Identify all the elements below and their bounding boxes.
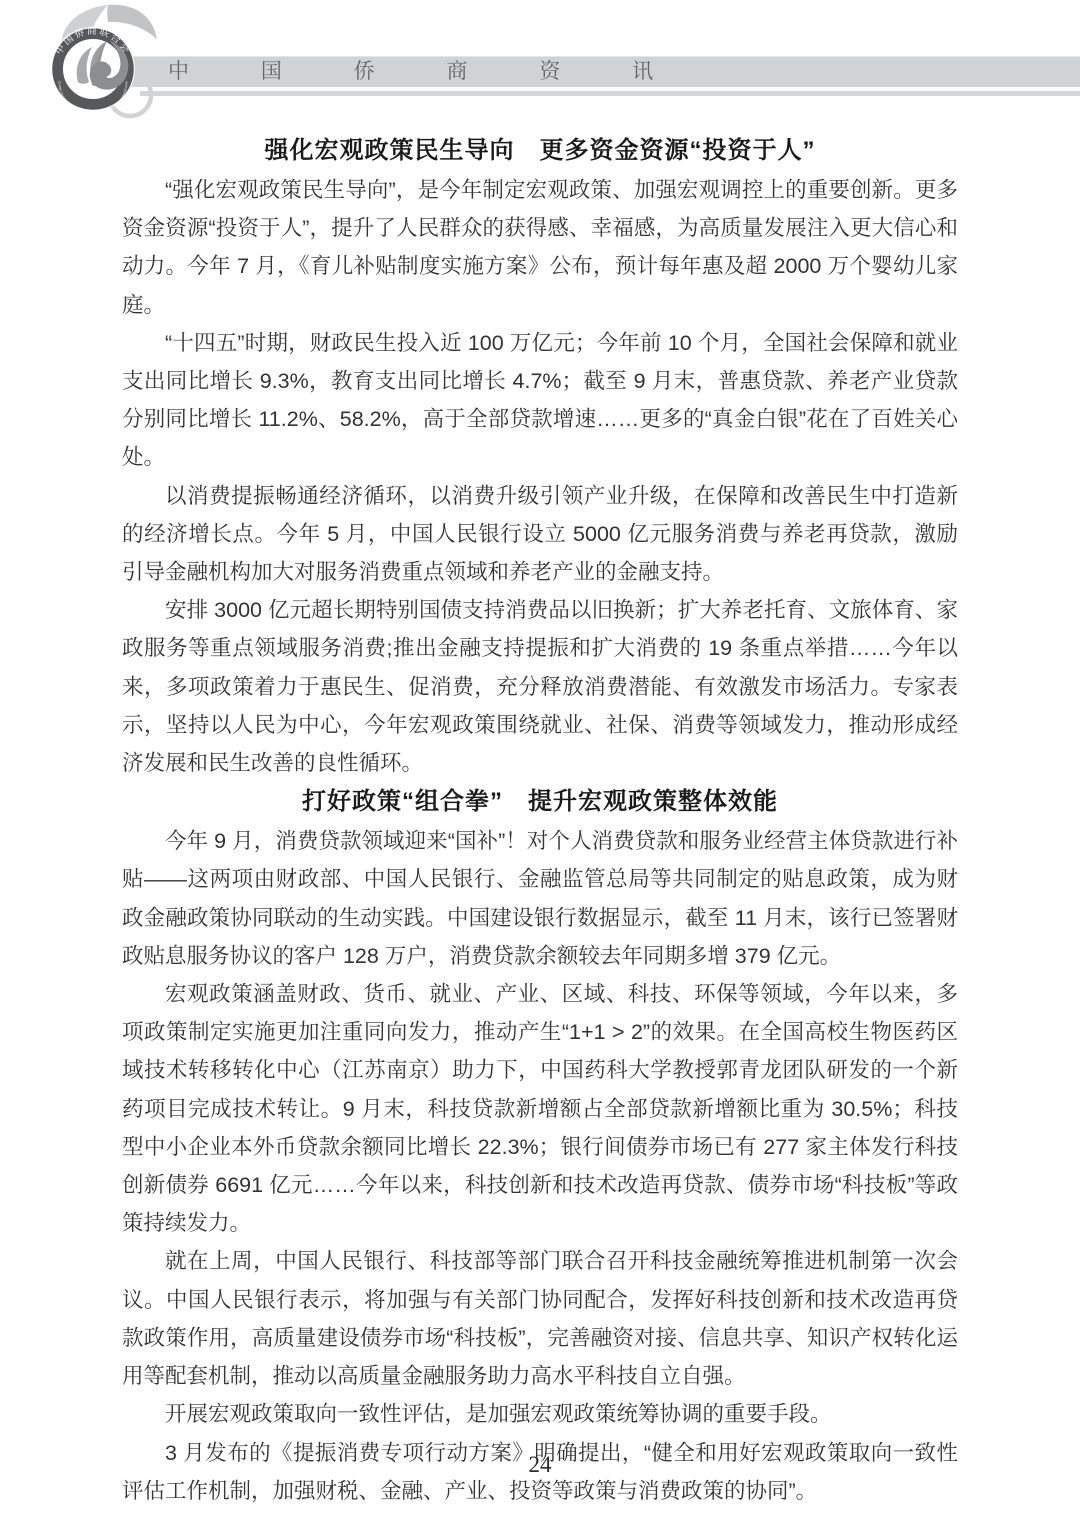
paragraph: 宏观政策涵盖财政、货币、就业、产业、区域、科技、环保等领域，今年以来，多项政策制… bbox=[122, 975, 958, 1242]
federation-logo-icon: 中国侨商联合会 CHINA FEDERATION OF OVERSEAS CHI… bbox=[38, 3, 168, 138]
paragraph: 安排 3000 亿元超长期特别国债支持消费品以旧换新；扩大养老托育、文旅体育、家… bbox=[122, 591, 958, 782]
section-heading: 强化宏观政策民生导向 更多资金资源“投资于人” bbox=[122, 131, 958, 171]
publication-title: 中 国 侨 商 资 讯 bbox=[168, 56, 686, 87]
paragraph: “十四五”时期，财政民生投入近 100 万亿元；今年前 10 个月，全国社会保障… bbox=[122, 324, 958, 477]
paragraph: 今年 9 月，消费贷款领域迎来“国补”！对个人消费贷款和服务业经营主体贷款进行补… bbox=[122, 822, 958, 975]
paragraph: 以消费提振畅通经济循环，以消费升级引领产业升级，在保障和改善民生中打造新的经济增… bbox=[122, 477, 958, 592]
header-banner-subline bbox=[140, 91, 1080, 96]
paragraph: 就在上周，中国人民银行、科技部等部门联合召开科技金融统筹推进机制第一次会议。中国… bbox=[122, 1242, 958, 1395]
section-heading: 打好政策“组合拳” 提升宏观政策整体效能 bbox=[122, 782, 958, 822]
document-page: 中 国 侨 商 资 讯 中国侨商联合会 bbox=[0, 0, 1080, 1525]
article-body: 强化宏观政策民生导向 更多资金资源“投资于人” “强化宏观政策民生导向”，是今年… bbox=[122, 131, 958, 1510]
page-number: 24 bbox=[0, 1452, 1080, 1478]
paragraph: “强化宏观政策民生导向”，是今年制定宏观政策、加强宏观调控上的重要创新。更多资金… bbox=[122, 171, 958, 324]
paragraph: 开展宏观政策取向一致性评估，是加强宏观政策统筹协调的重要手段。 bbox=[122, 1395, 958, 1433]
